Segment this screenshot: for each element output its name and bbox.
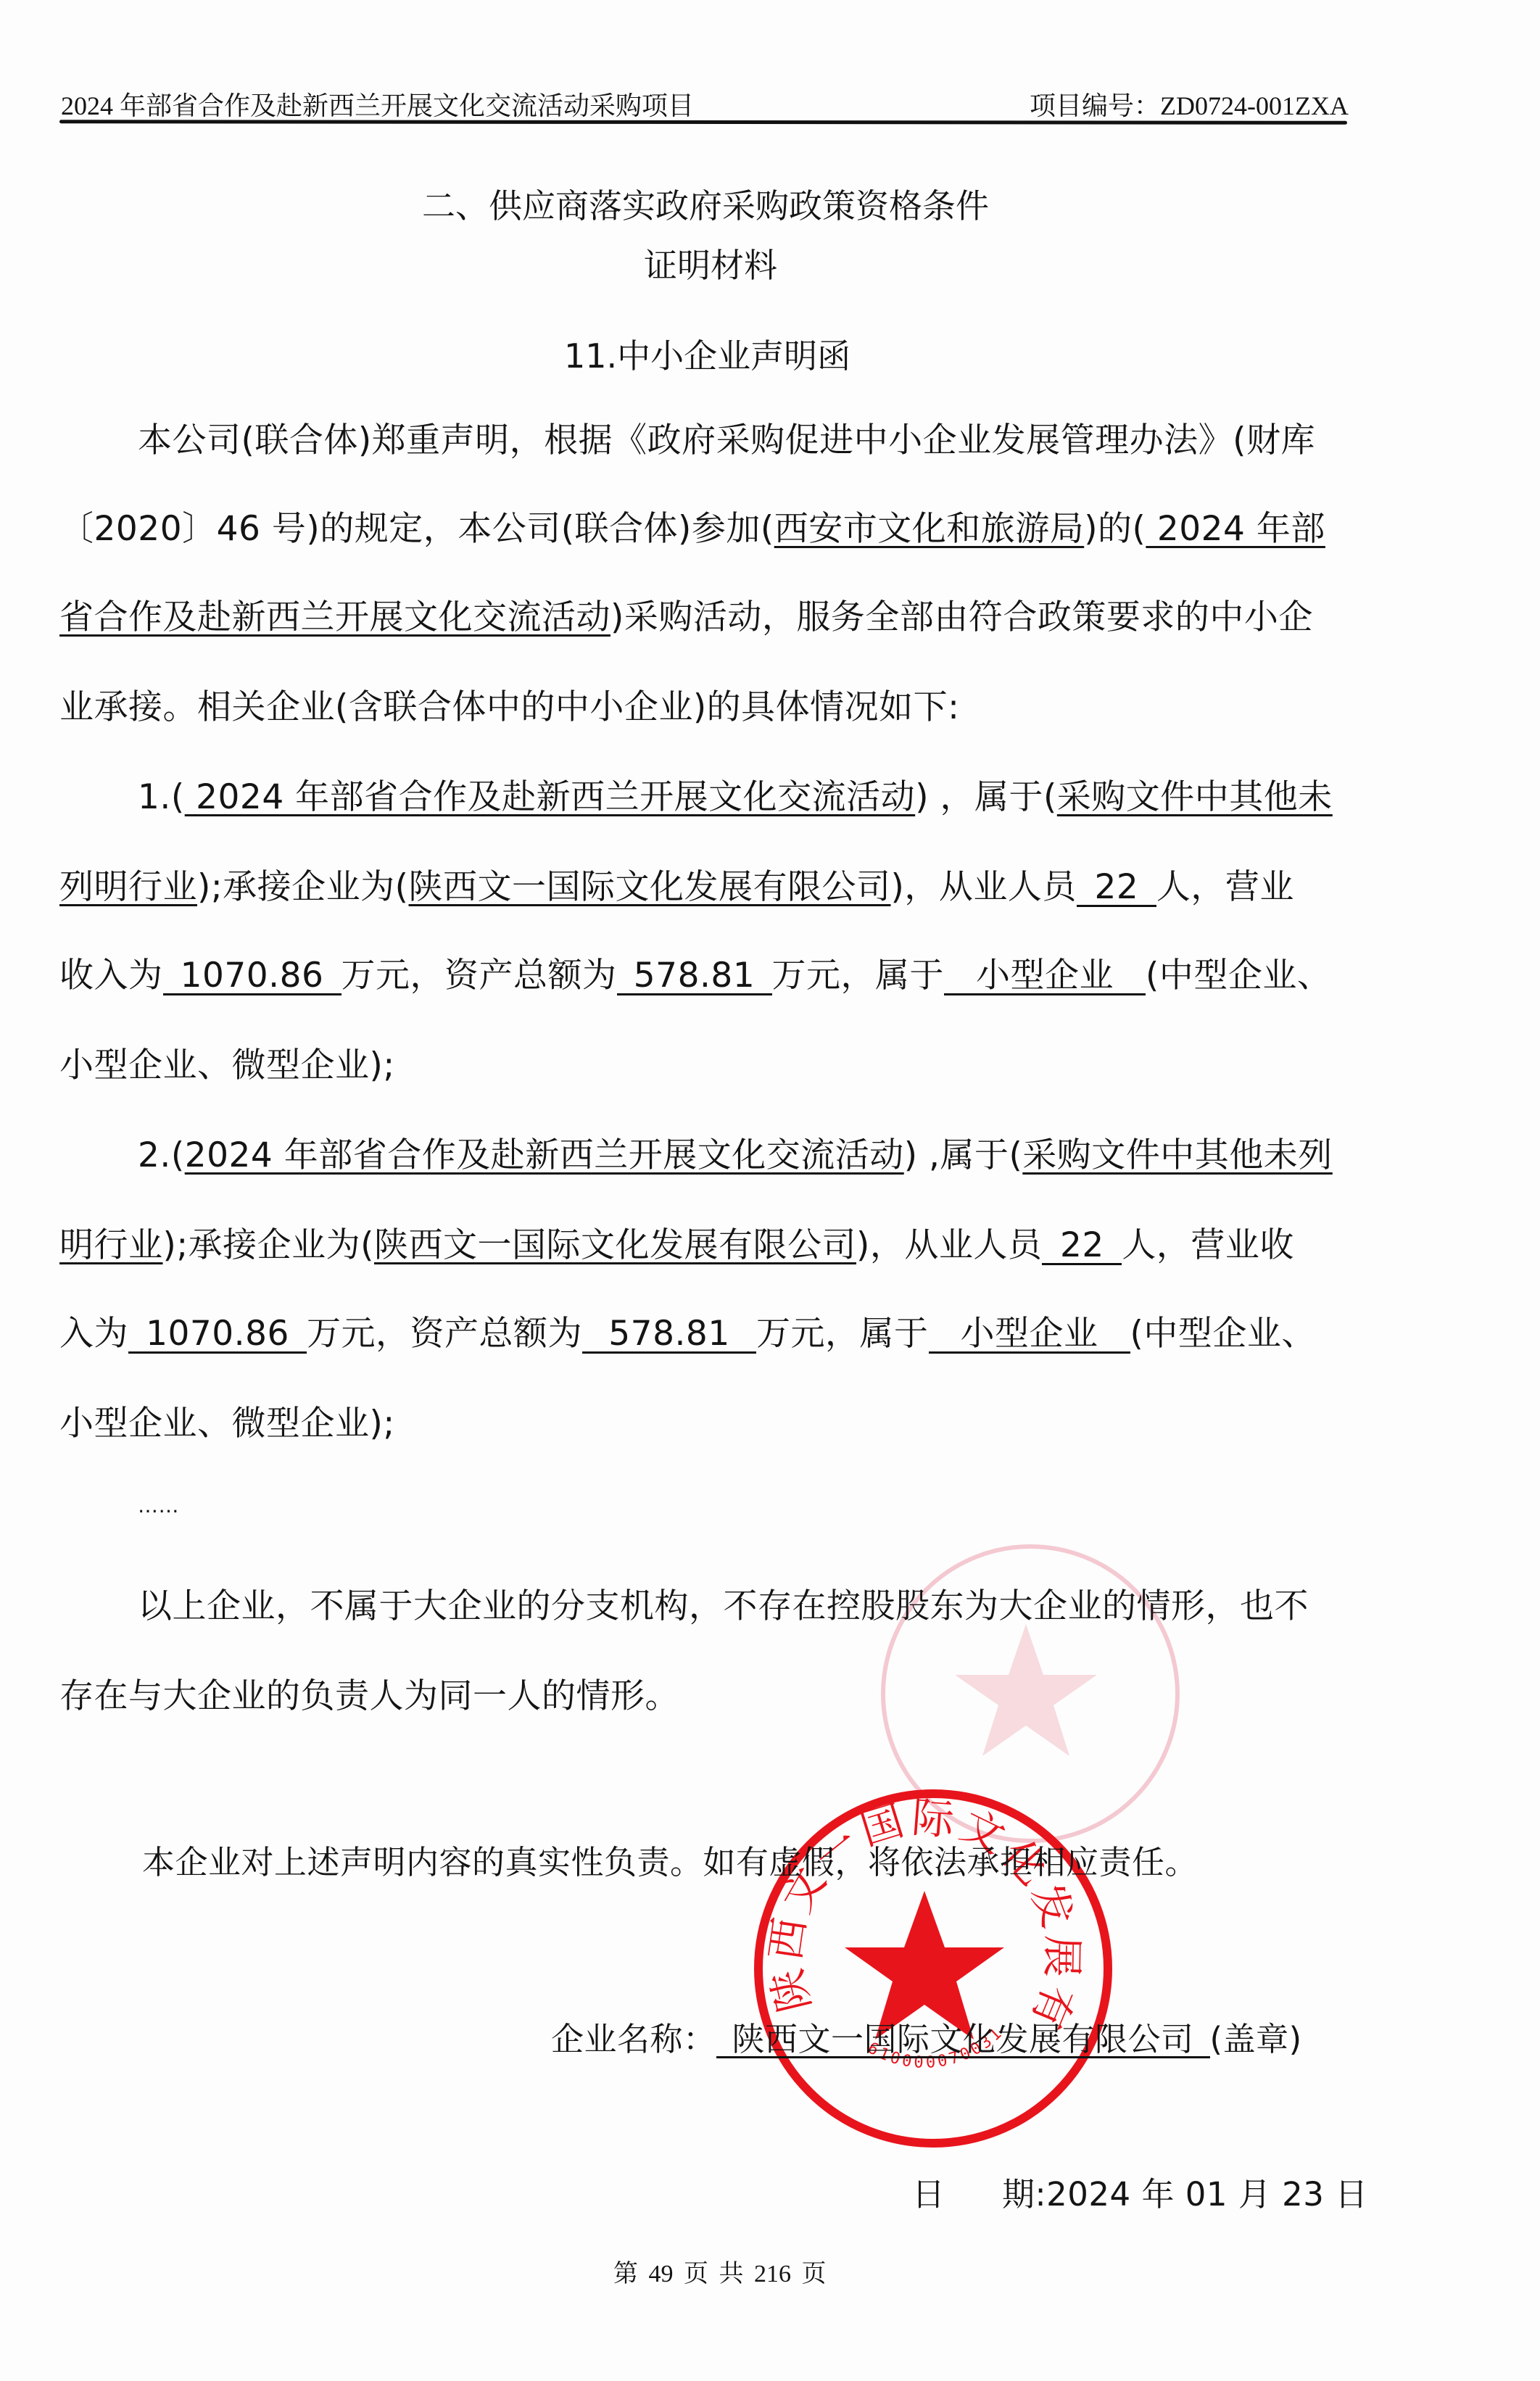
item-text: 收入为 (59, 956, 163, 995)
item-staff-count: 22 (1077, 869, 1156, 907)
item-text: 人，营业 (1156, 867, 1294, 907)
item-number: 1.( (138, 777, 185, 817)
project-name-part: 2024 年部 (1146, 509, 1325, 549)
item-text: 万元，属于 (772, 956, 945, 995)
item-industry: 列明行业 (59, 867, 197, 907)
item-2-line-1: 2.(2024 年部省合作及赴新西兰开展文化交流活动) ,属于(采购文件中其他未… (138, 1128, 1333, 1177)
item-2-line-2: 明行业);承接企业为(陕西文一国际文化发展有限公司)，从业人员22人，营业收 (59, 1218, 1294, 1267)
statement-line-3: 本企业对上述声明内容的真实性负责。如有虚假，将依法承担相应责任。 (142, 1836, 1198, 1883)
item-assets: 578.81 (617, 958, 772, 995)
item-1-line-1: 1.( 2024 年部省合作及赴新西兰开展文化交流活动) ，属于(采购文件中其他… (138, 770, 1333, 819)
seal-note: (盖章) (1210, 2020, 1302, 2058)
intro-text: 〔2020〕46 号)的规定，本公司(联合体)参加( (59, 509, 774, 549)
item-project: 2024 年部省合作及赴新西兰开展文化交流活动 (185, 777, 916, 817)
item-text: ) ,属于( (904, 1135, 1023, 1175)
intro-line-1: 本公司(联合体)郑重声明，根据《政府采购促进中小企业发展管理办法》(财库 (138, 413, 1315, 462)
statement-line-1: 以上企业，不属于大企业的分支机构，不存在控股股东为大企业的情形，也不 (138, 1579, 1309, 1628)
item-text: )，从业人员 (856, 1225, 1042, 1265)
item-revenue: 1070.86 (163, 958, 341, 995)
intro-text: )采购活动，服务全部由符合政策要求的中小企 (610, 597, 1313, 637)
item-industry: 采购文件中其他未列 (1022, 1135, 1333, 1175)
item-contractor: 陕西文一国际文化发展有限公司 (374, 1225, 856, 1265)
item-staff-count: 22 (1042, 1227, 1122, 1265)
item-industry: 采购文件中其他未 (1057, 777, 1333, 817)
item-1-line-4: 小型企业、微型企业); (59, 1038, 395, 1087)
item-text: )，从业人员 (891, 867, 1077, 907)
item-text: 人，营业收 (1122, 1225, 1294, 1265)
date-label-day: 日 (912, 2168, 945, 2215)
item-text: 万元，资产总额为 (341, 956, 617, 995)
date-value: 期:2024 年 01 月 23 日 (1002, 2168, 1368, 2215)
item-text: ) ，属于( (915, 777, 1057, 817)
item-text: 万元，属于 (756, 1314, 929, 1354)
item-text: (中型企业、 (1146, 956, 1331, 995)
header-divider (59, 120, 1347, 125)
declaration-heading: 11.中小企业声明函 (564, 330, 850, 378)
statement-line-2: 存在与大企业的负责人为同一人的情形。 (59, 1669, 679, 1718)
intro-text: )的( (1084, 509, 1146, 549)
section-subtitle: 证明材料 (644, 239, 777, 287)
item-number: 2.( (138, 1135, 185, 1175)
project-name-part: 省合作及赴新西兰开展文化交流活动 (59, 597, 610, 637)
project-no-label: 项目编号： (1030, 91, 1160, 120)
signature-line: 企业名称：陕西文一国际文化发展有限公司(盖章) (551, 2013, 1302, 2060)
intro-line-2: 〔2020〕46 号)的规定，本公司(联合体)参加(西安市文化和旅游局)的( 2… (59, 502, 1325, 550)
item-text: );承接企业为( (163, 1225, 375, 1265)
buyer-name: 西安市文化和旅游局 (774, 509, 1085, 549)
item-text: (中型企业、 (1130, 1314, 1316, 1354)
intro-line-4: 业承接。相关企业(含联合体中的中小企业)的具体情况如下: (59, 680, 960, 729)
item-assets: 578.81 (582, 1316, 756, 1354)
item-1-line-2: 列明行业);承接企业为(陕西文一国际文化发展有限公司)，从业人员22人，营业 (59, 860, 1294, 908)
company-name: 陕西文一国际文化发展有限公司 (716, 2022, 1210, 2058)
item-contractor: 陕西文一国际文化发展有限公司 (409, 867, 891, 907)
ellipsis: …… (138, 1494, 179, 1517)
item-revenue: 1070.86 (128, 1316, 307, 1354)
item-text: 万元，资产总额为 (307, 1314, 582, 1354)
item-1-line-3: 收入为1070.86万元，资产总额为578.81万元，属于小型企业(中型企业、 (59, 948, 1331, 997)
item-text: 入为 (59, 1314, 128, 1354)
item-project: 2024 年部省合作及赴新西兰开展文化交流活动 (185, 1135, 904, 1175)
item-2-line-3: 入为1070.86万元，资产总额为578.81万元，属于小型企业(中型企业、 (59, 1307, 1316, 1355)
intro-line-3: 省合作及赴新西兰开展文化交流活动)采购活动，服务全部由符合政策要求的中小企 (59, 590, 1313, 639)
item-industry: 明行业 (59, 1225, 163, 1265)
header-project-number: 项目编号：ZD0724-001ZXA (1030, 86, 1349, 123)
item-enterprise-type: 小型企业 (929, 1316, 1130, 1354)
header-project-name: 2024 年部省合作及赴新西兰开展文化交流活动采购项目 (61, 86, 694, 123)
project-no-value: ZD0724-001ZXA (1160, 91, 1349, 120)
section-title: 二、供应商落实政府采购政策资格条件 (422, 180, 989, 228)
item-2-line-4: 小型企业、微型企业); (59, 1396, 395, 1445)
item-text: );承接企业为( (197, 867, 409, 907)
page-number: 第 49 页 共 216 页 (613, 2253, 827, 2289)
company-label: 企业名称： (551, 2020, 716, 2058)
item-enterprise-type: 小型企业 (944, 958, 1146, 995)
